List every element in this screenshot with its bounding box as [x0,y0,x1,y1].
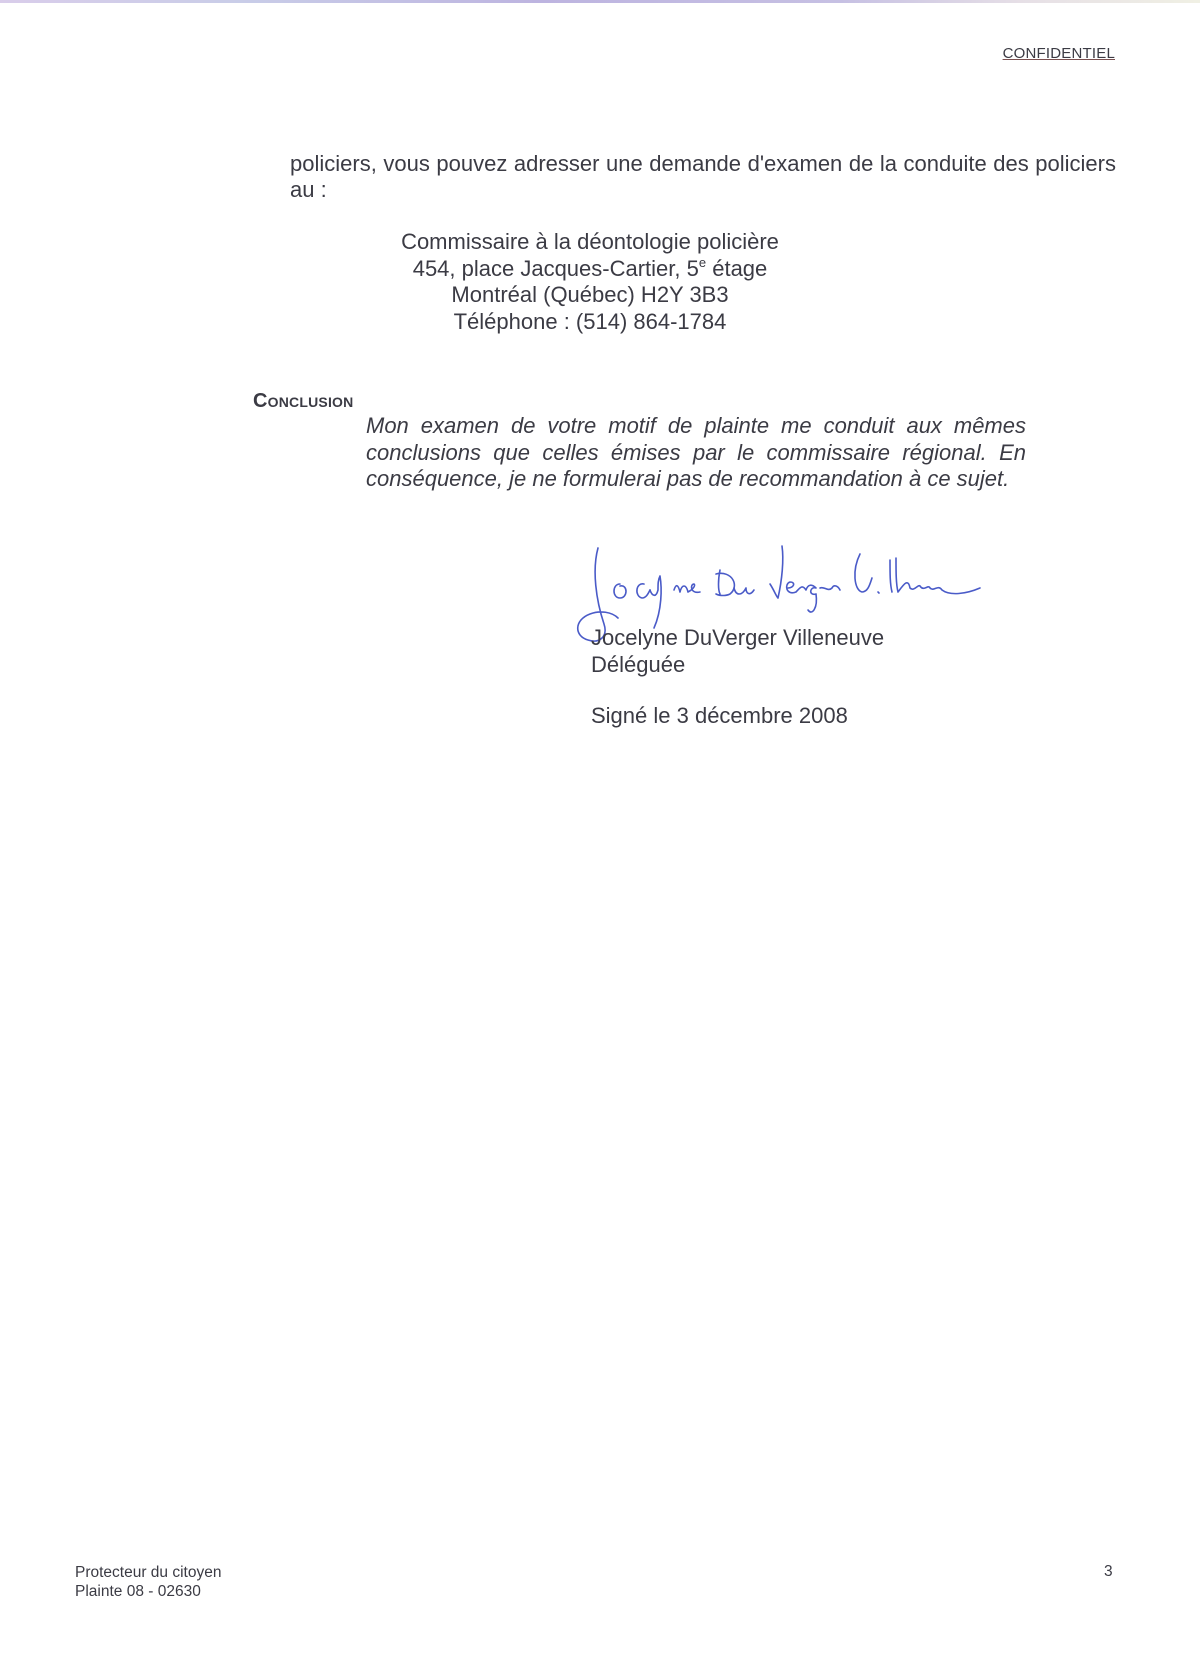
address-block: Commissaire à la déontologie policière 4… [380,229,800,335]
street-text: 454, place Jacques-Cartier, 5 [413,256,699,281]
footer-complaint-ref: Plainte 08 - 02630 [75,1582,221,1601]
section-heading-conclusion: Conclusion [253,390,353,413]
address-phone: Téléphone : (514) 864-1784 [380,309,800,336]
signer-name: Jocelyne DuVerger Villeneuve [591,624,884,651]
signer-block: Jocelyne DuVerger Villeneuve Déléguée [591,624,884,678]
conclusion-paragraph: Mon examen de votre motif de plainte me … [366,413,1026,493]
scan-edge-line [0,0,1200,3]
page-number: 3 [1104,1563,1113,1581]
address-city: Montréal (Québec) H2Y 3B3 [380,282,800,309]
footer-organization: Protecteur du citoyen [75,1563,221,1582]
street-suffix: étage [706,256,767,281]
address-organization: Commissaire à la déontologie policière [380,229,800,256]
confidential-label: CONFIDENTIEL [1003,45,1115,62]
address-street: 454, place Jacques-Cartier, 5e étage [380,256,800,283]
signer-title: Déléguée [591,651,884,678]
footer-reference: Protecteur du citoyen Plainte 08 - 02630 [75,1563,221,1601]
signed-date: Signé le 3 décembre 2008 [591,703,848,729]
intro-paragraph: policiers, vous pouvez adresser une dema… [290,151,1116,203]
